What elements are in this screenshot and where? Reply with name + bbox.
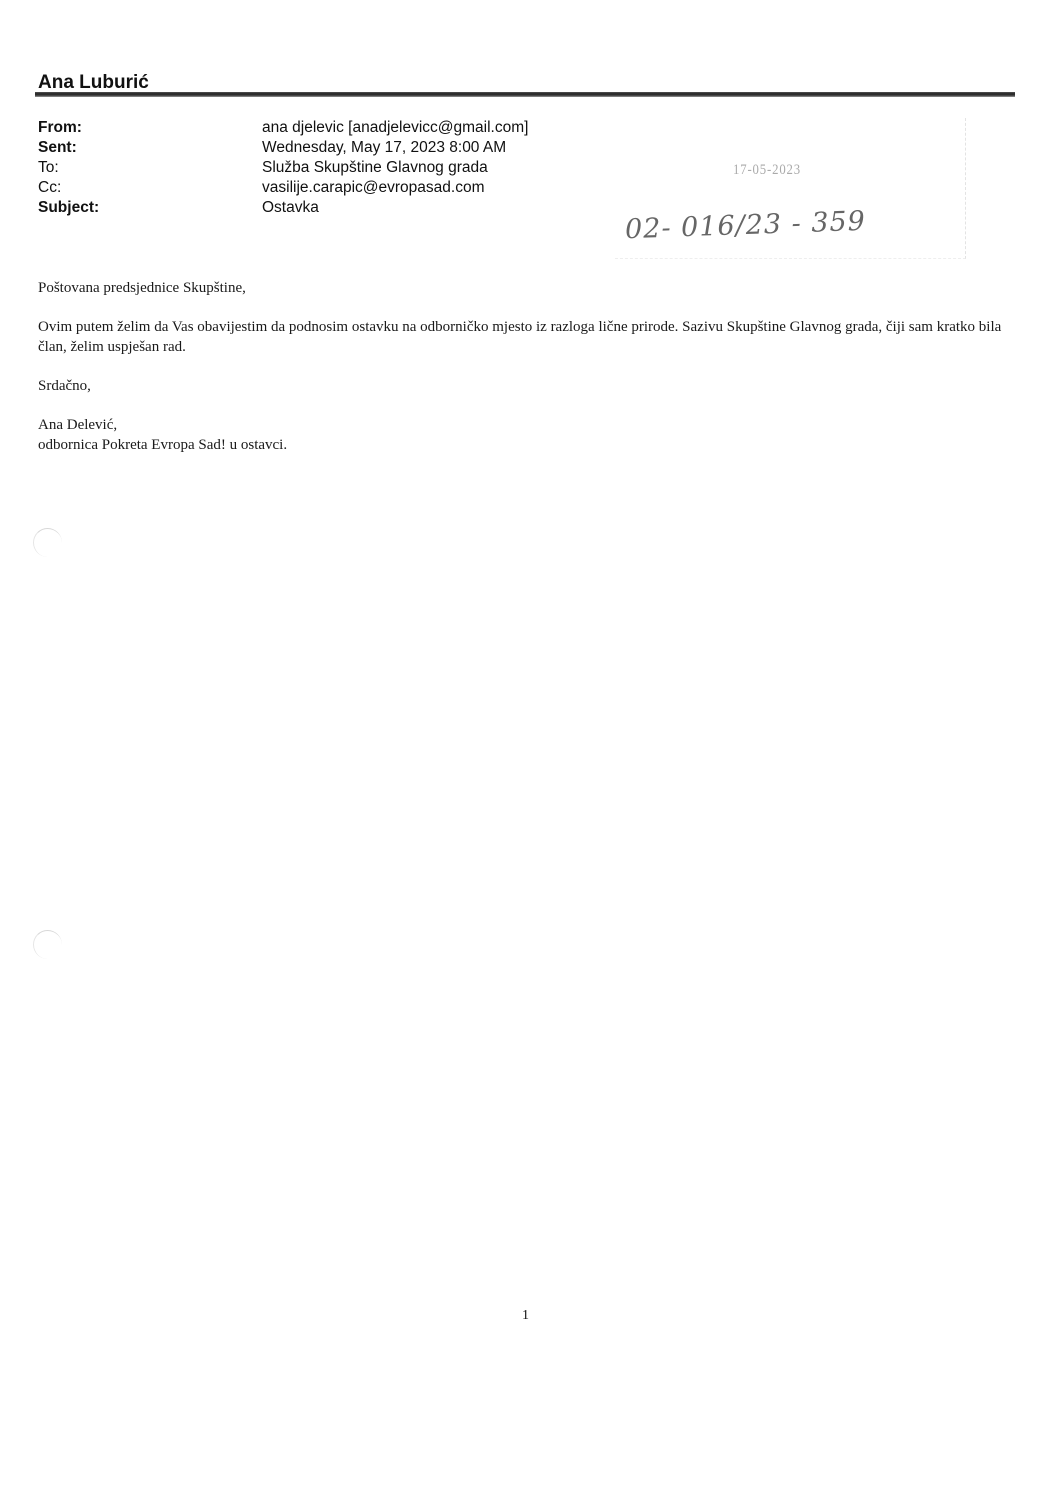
email-body: Poštovana predsjednice Skupštine, Ovim p… bbox=[38, 278, 1018, 455]
closing: Srdačno, bbox=[38, 376, 1018, 396]
signature-title: odbornica Pokreta Evropa Sad! u ostavci. bbox=[38, 437, 287, 453]
signature-name: Ana Delević, bbox=[38, 417, 117, 433]
stamp-registry-number: 02- 016/23 - 359 bbox=[625, 206, 867, 245]
page-number: 1 bbox=[522, 1308, 529, 1324]
cc-label: Cc: bbox=[38, 178, 61, 198]
body-paragraph: Ovim putem želim da Vas obavijestim da p… bbox=[38, 317, 1018, 357]
sent-label: Sent: bbox=[38, 138, 77, 158]
to-label: To: bbox=[38, 158, 59, 178]
salutation: Poštovana predsjednice Skupštine, bbox=[38, 278, 1018, 298]
punch-hole-mark bbox=[33, 528, 62, 557]
signature-block: Ana Delević, odbornica Pokreta Evropa Sa… bbox=[38, 415, 1018, 455]
subject-value: Ostavka bbox=[262, 198, 319, 218]
scanned-page: Ana Luburić From: ana djelevic [anadjele… bbox=[0, 0, 1058, 1497]
registry-stamp: 17-05-2023 02- 016/23 - 359 bbox=[615, 118, 966, 259]
header-rule bbox=[35, 92, 1015, 97]
from-label: From: bbox=[38, 118, 82, 138]
from-value: ana djelevic [anadjelevicc@gmail.com] bbox=[262, 118, 528, 138]
sent-value: Wednesday, May 17, 2023 8:00 AM bbox=[262, 138, 506, 158]
subject-label: Subject: bbox=[38, 198, 99, 218]
mailbox-owner-name: Ana Luburić bbox=[38, 72, 149, 94]
stamp-date: 17-05-2023 bbox=[733, 162, 801, 179]
cc-value: vasilije.carapic@evropasad.com bbox=[262, 178, 485, 198]
punch-hole-mark bbox=[33, 930, 62, 959]
to-value: Služba Skupštine Glavnog grada bbox=[262, 158, 488, 178]
